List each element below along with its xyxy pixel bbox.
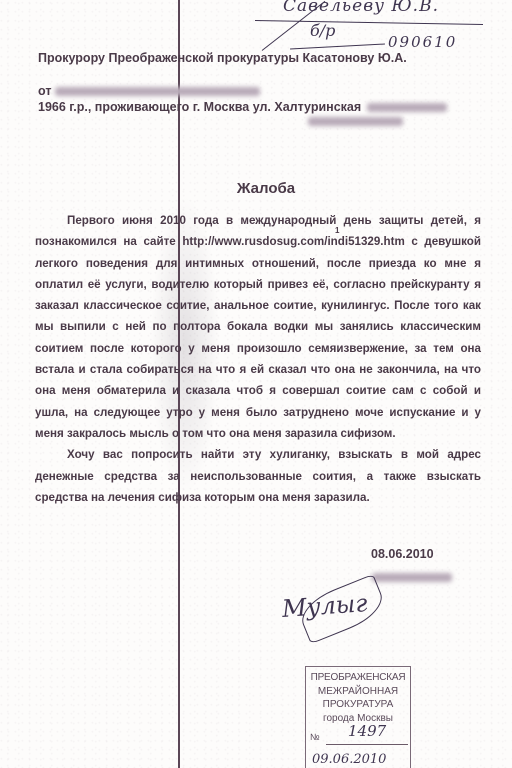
stamp-number-label: № (310, 732, 320, 742)
paragraph: Хочу вас попросить найти эту хулиганку, … (35, 444, 481, 508)
stamp-number: 1497 (348, 725, 386, 739)
stamp-line: ПРОКУРАТУРА (306, 698, 410, 712)
address-line: 1966 г.р., проживающего г. Москва ул. Ха… (38, 100, 447, 114)
stamp-number-row: № 1497 (310, 731, 406, 745)
document-title: Жалоба (0, 180, 512, 197)
stamp-date: 09.06.2010 (312, 753, 386, 767)
scanned-document-page: Савельеву Ю.В. б/р 090610 Прокурору Прео… (0, 0, 512, 768)
address-text: 1966 г.р., проживающего г. Москва ул. Ха… (38, 100, 361, 114)
handwritten-underline (290, 44, 385, 50)
document-date: 08.06.2010 (371, 547, 434, 561)
signature-flourish (295, 574, 389, 644)
stamp-number-underline (326, 744, 408, 745)
redacted-signer-name (372, 573, 452, 582)
stamp-line: ПРЕОБРАЖЕНСКАЯ (306, 671, 410, 685)
handwritten-date: 090610 (388, 33, 457, 51)
sender-line: от (38, 84, 260, 98)
handwritten-underline (255, 20, 483, 25)
from-label: от (38, 84, 51, 98)
redacted-phone (308, 117, 403, 126)
handwritten-initials: б/р (310, 21, 335, 40)
redacted-house-number (367, 103, 447, 112)
redacted-sender-name (55, 87, 260, 96)
paragraph: Первого июня 2010 года в международный д… (35, 210, 481, 444)
registration-stamp: ПРЕОБРАЖЕНСКАЯ МЕЖРАЙОННАЯ ПРОКУРАТУРА г… (305, 666, 411, 768)
recipient-line: Прокурору Преображенской прокуратуры Кас… (38, 51, 407, 65)
stamp-line: МЕЖРАЙОННАЯ (306, 685, 410, 699)
complaint-body: Первого июня 2010 года в международный д… (35, 210, 481, 508)
